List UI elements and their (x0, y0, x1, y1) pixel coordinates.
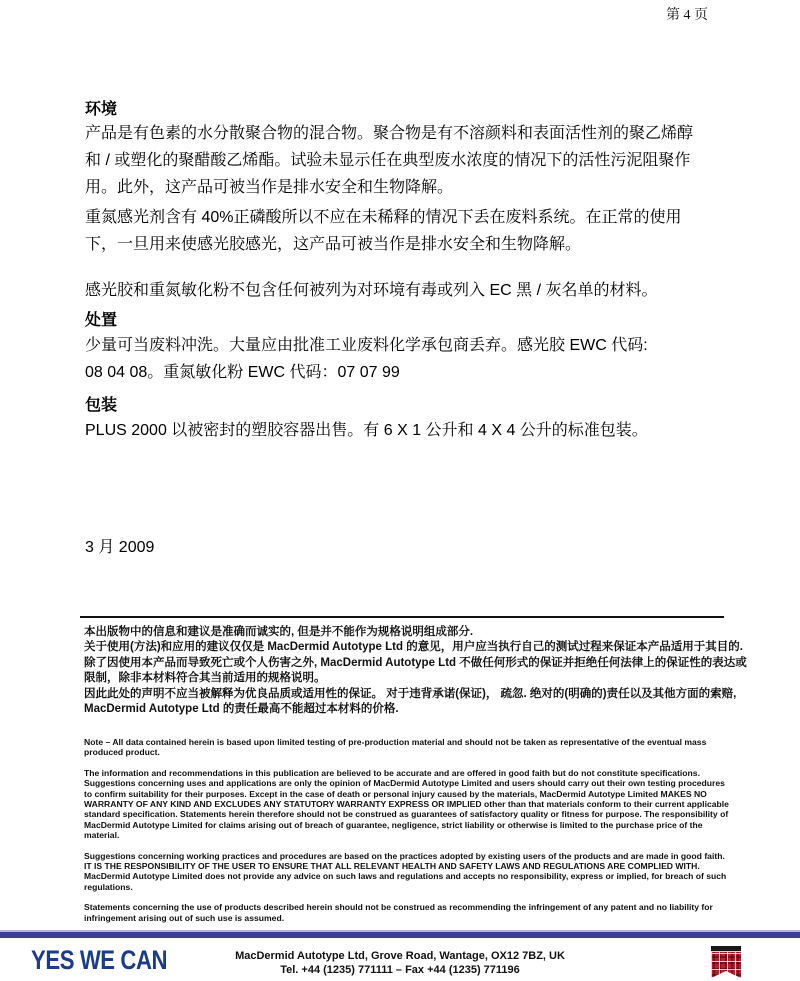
environment-paragraph-3: 感光胶和重氮敏化粉不包含任何被列为对环境有毒或列入 EC 黑 / 灰名单的材料。 (85, 277, 747, 304)
packaging-paragraph: PLUS 2000 以被密封的塑胶容器出售。有 6 X 1 公升和 4 X 4 … (85, 417, 747, 444)
document-page: 第 4 页 环境 产品是有色素的水分散聚合物的混合物。聚合物是有不溶颜料和表面活… (0, 0, 800, 981)
disclaimer-paragraph-3: Statements concerning the use of product… (84, 902, 734, 923)
footer-address-line2: Tel. +44 (1235) 771111 – Fax +44 (1235) … (0, 964, 800, 978)
footer-address-line1: MacDermid Autotype Ltd, Grove Road, Want… (0, 950, 800, 964)
english-disclaimer: Note – All data contained herein is base… (84, 737, 734, 933)
section-heading-environment: 环境 (85, 96, 747, 123)
disclaimer-paragraph-2: Suggestions concerning working practices… (84, 851, 734, 893)
tartan-top-band (711, 946, 741, 952)
footer-address: MacDermid Autotype Ltd, Grove Road, Want… (0, 950, 800, 977)
environment-paragraph-1: 产品是有色素的水分散聚合物的混合物。聚合物是有不溶颜料和表面活性剂的聚乙烯醇 和… (85, 120, 747, 201)
page-number: 第 4 页 (666, 4, 708, 24)
disclaimer-paragraph-1: The information and recommendations in t… (84, 768, 734, 841)
chinese-disclaimer: 本出版物中的信息和建议是准确而诚实的, 但是并不能作为规格说明组成部分. 关于使… (84, 625, 789, 717)
document-date: 3 月 2009 (85, 534, 747, 561)
disclaimer-note: Note – All data contained herein is base… (84, 737, 734, 758)
section-heading-disposal: 处置 (85, 307, 747, 334)
footer-divider-bar (0, 930, 800, 938)
environment-paragraph-2: 重氮感光剂含有 40%正磷酸所以不应在未稀释的情况下丢在废料系统。在正常的使用 … (85, 204, 747, 258)
horizontal-divider (80, 616, 724, 618)
section-heading-packaging: 包装 (85, 392, 747, 419)
disposal-paragraph: 少量可当废料冲洗。大量应由批准工业废料化学承包商丢弃。感光胶 EWC 代码: 0… (85, 332, 747, 386)
